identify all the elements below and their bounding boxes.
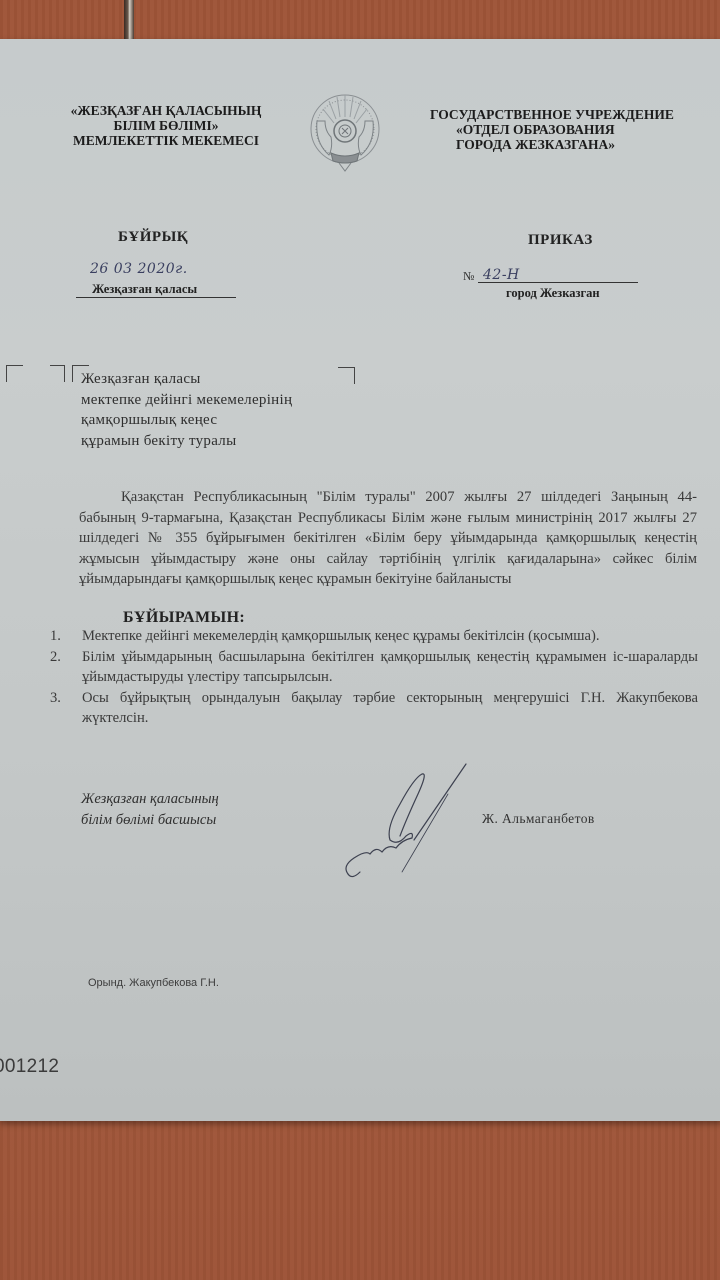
corner-mark [6, 365, 23, 382]
city-ru: город Жезказган [506, 286, 600, 301]
corner-mark [50, 365, 65, 382]
title-kz: БҰЙРЫҚ [118, 229, 188, 246]
document-page: «ЖЕЗҚАЗҒАН ҚАЛАСЫНЫҢ БІЛІМ БӨЛІМІ» МЕМЛЕ… [0, 39, 720, 1121]
order-items: 1. Мектепке дейінгі мекемелердің қамқорш… [50, 626, 698, 729]
header-left-kz: «ЖЕЗҚАЗҒАН ҚАЛАСЫНЫҢ БІЛІМ БӨЛІМІ» МЕМЛЕ… [56, 103, 276, 148]
header-right-ru: ГОСУДАРСТВЕННОЕ УЧРЕЖДЕНИЕ «ОТДЕЛ ОБРАЗО… [430, 107, 690, 152]
document-serial-number: 001212 [0, 1056, 59, 1078]
title-ru: ПРИКАЗ [528, 232, 593, 249]
executor-note: Орынд. Жакупбекова Г.Н. [88, 977, 219, 989]
order-item: 3. Осы бұйрықтың орындалуын бақылау тәрб… [50, 688, 698, 729]
table-gap [124, 0, 134, 42]
state-emblem-icon [307, 81, 383, 177]
signatory-title: Жезқазған қаласының білім бөлімі басшысы [81, 789, 219, 830]
corner-mark [338, 367, 355, 384]
city-kz: Жезқазған қаласы [92, 282, 197, 297]
signature-icon [340, 754, 480, 884]
order-heading: БҰЙЫРАМЫН: [123, 609, 245, 627]
signatory-name: Ж. Альмаганбетов [482, 811, 595, 827]
handwritten-number: 42-Н [483, 267, 520, 283]
preamble-paragraph: Қазақстан Республикасының "Білім туралы"… [79, 487, 697, 590]
order-item: 1. Мектепке дейінгі мекемелердің қамқорш… [50, 626, 698, 647]
number-label: № [463, 269, 474, 284]
order-item: 2. Білім ұйымдарының басшыларына бекітіл… [50, 647, 698, 688]
document-subject: Жезқазған қаласы мектепке дейінгі мекеме… [81, 369, 292, 451]
handwritten-date: 26 03 2020г. [90, 261, 188, 277]
